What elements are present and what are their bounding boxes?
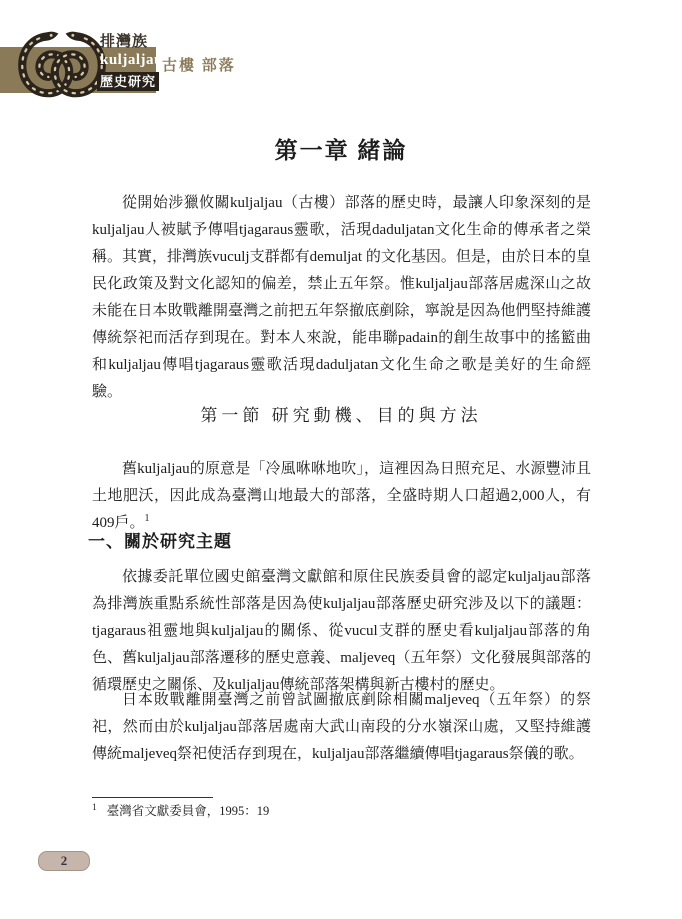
paragraph-1: 從開始涉獵攸關kuljaljau（古樓）部落的歷史時，最讓人印象深刻的是kulj… bbox=[92, 190, 591, 406]
footnote-reference-1: 1 bbox=[145, 513, 150, 524]
book-page: 排灣族 kuljaljau 歷史研究 古樓 部落 第一章 緒論 從開始涉獵攸關k… bbox=[0, 0, 682, 919]
logo-tribe-name: kuljaljau bbox=[100, 52, 163, 69]
footnote: 1臺灣省文獻委員會，1995：19 bbox=[92, 800, 552, 820]
paragraph-3: 依據委託單位國史館臺灣文獻館和原住民族委員會的認定kuljaljau部落為排灣族… bbox=[92, 564, 591, 699]
paragraph-2: 舊kuljaljau的原意是「冷風咻咻地吹」，這裡因為日照充足、水源豐沛且土地肥… bbox=[92, 456, 591, 537]
footnote-marker: 1 bbox=[92, 803, 97, 813]
paragraph-4: 日本敗戰離開臺灣之前曾試圖撤底剷除相關maljeveq（五年祭）的祭祀，然而由於… bbox=[92, 687, 591, 768]
twin-coiled-snakes-icon bbox=[15, 27, 109, 107]
paragraph-2-text: 舊kuljaljau的原意是「冷風咻咻地吹」，這裡因為日照充足、水源豐沛且土地肥… bbox=[92, 461, 591, 531]
logo-village-label: 古樓 部落 bbox=[162, 54, 236, 75]
page-number-badge: 2 bbox=[38, 851, 90, 871]
subsection-title: 一、關於研究主題 bbox=[88, 527, 232, 552]
chapter-title: 第一章 緒論 bbox=[0, 132, 682, 165]
logo-series-title: 排灣族 bbox=[100, 30, 148, 51]
logo-series-subtitle: 歷史研究 bbox=[97, 72, 159, 91]
section-title: 第一節 研究動機、目的與方法 bbox=[0, 401, 682, 426]
footnote-separator bbox=[92, 797, 213, 798]
footnote-text: 臺灣省文獻委員會，1995：19 bbox=[107, 804, 270, 818]
